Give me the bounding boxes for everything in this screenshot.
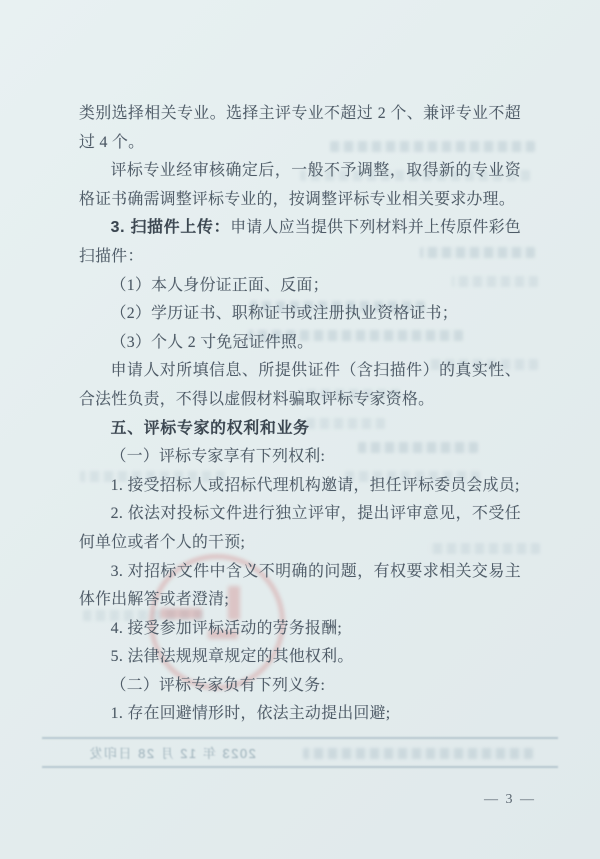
document-body: 类别选择相关专业。选择主评专业不超过 2 个、兼评专业不超过 4 个。 评标专业…	[79, 100, 521, 729]
para-text: 4. 接受参加评标活动的劳务报酬;	[111, 620, 343, 637]
bleed-through-print-date: 2023 年 12 月 28 日印发	[88, 743, 256, 762]
para-item-photo: （3）个人 2 寸免冠证件照。	[79, 329, 521, 358]
para-item-id-card: （1）本人身份证正面、反面；	[79, 272, 521, 301]
heading-section-5: 五、评标专家的权利和业务	[79, 415, 521, 444]
para-right-1: 1. 接受招标人或招标代理机构邀请，担任评标委员会成员;	[79, 472, 521, 501]
para-text: （2）学历证书、职称证书或注册执业资格证书；	[111, 305, 458, 322]
para-text: 评标专业经审核确定后，一般不予调整，取得新的专业资格证书确需调整评标专业的，按调…	[79, 162, 521, 208]
para-rights-intro: （一）评标专家享有下列权利:	[79, 443, 521, 472]
para-lead: 3. 扫描件上传：	[111, 219, 231, 236]
bleed-through-agency-name	[303, 748, 533, 759]
para-text: 1. 接受招标人或招标代理机构邀请，担任评标委员会成员;	[111, 477, 520, 494]
para-text: 1. 存在回避情形时，依法主动提出回避;	[111, 705, 391, 722]
para-authenticity: 申请人对所填信息、所提供证件（含扫描件）的真实性、合法性负责，不得以虚假材料骗取…	[79, 357, 521, 414]
para-item-certificates: （2）学历证书、职称证书或注册执业资格证书；	[79, 300, 521, 329]
para-right-4: 4. 接受参加评标活动的劳务报酬;	[79, 615, 521, 644]
para-text: 类别选择相关专业。选择主评专业不超过 2 个、兼评专业不超过 4 个。	[79, 105, 521, 151]
para-continuation: 类别选择相关专业。选择主评专业不超过 2 个、兼评专业不超过 4 个。	[79, 100, 521, 157]
para-text: （一）评标专家享有下列权利:	[111, 448, 326, 465]
para-text: （3）个人 2 寸免冠证件照。	[111, 334, 314, 351]
bleed-through-rule-bottom	[42, 766, 558, 768]
para-text: 5. 法律法规规章规定的其他权利。	[111, 648, 354, 665]
para-scan-upload: 3. 扫描件上传：申请人应当提供下列材料并上传原件彩色扫描件：	[79, 214, 521, 271]
para-text: 申请人对所填信息、所提供证件（含扫描件）的真实性、合法性负责，不得以虚假材料骗取…	[79, 362, 521, 408]
para-right-5: 5. 法律法规规章规定的其他权利。	[79, 643, 521, 672]
para-adjust-specialty: 评标专业经审核确定后，一般不予调整，取得新的专业资格证书确需调整评标专业的，按调…	[79, 157, 521, 214]
para-text: （1）本人身份证正面、反面；	[111, 277, 329, 294]
para-right-2: 2. 依法对投标文件进行独立评审，提出评审意见，不受任何单位或者个人的干预;	[79, 500, 521, 557]
page-number: — 3 —	[484, 792, 536, 808]
scanned-document-page: 类别选择相关专业。选择主评专业不超过 2 个、兼评专业不超过 4 个。 评标专业…	[0, 0, 600, 859]
para-text: （二）评标专家负有下列义务:	[111, 677, 326, 694]
heading-text: 五、评标专家的权利和业务	[111, 420, 310, 437]
para-right-3: 3. 对招标文件中含义不明确的问题，有权要求相关交易主体作出解答或者澄清;	[79, 558, 521, 615]
para-obligations-intro: （二）评标专家负有下列义务:	[79, 672, 521, 701]
para-obligation-1: 1. 存在回避情形时，依法主动提出回避;	[79, 700, 521, 729]
para-text: 2. 依法对投标文件进行独立评审，提出评审意见，不受任何单位或者个人的干预;	[79, 505, 521, 551]
para-text: 3. 对招标文件中含义不明确的问题，有权要求相关交易主体作出解答或者澄清;	[79, 563, 521, 609]
bleed-through-rule-top	[42, 737, 558, 739]
